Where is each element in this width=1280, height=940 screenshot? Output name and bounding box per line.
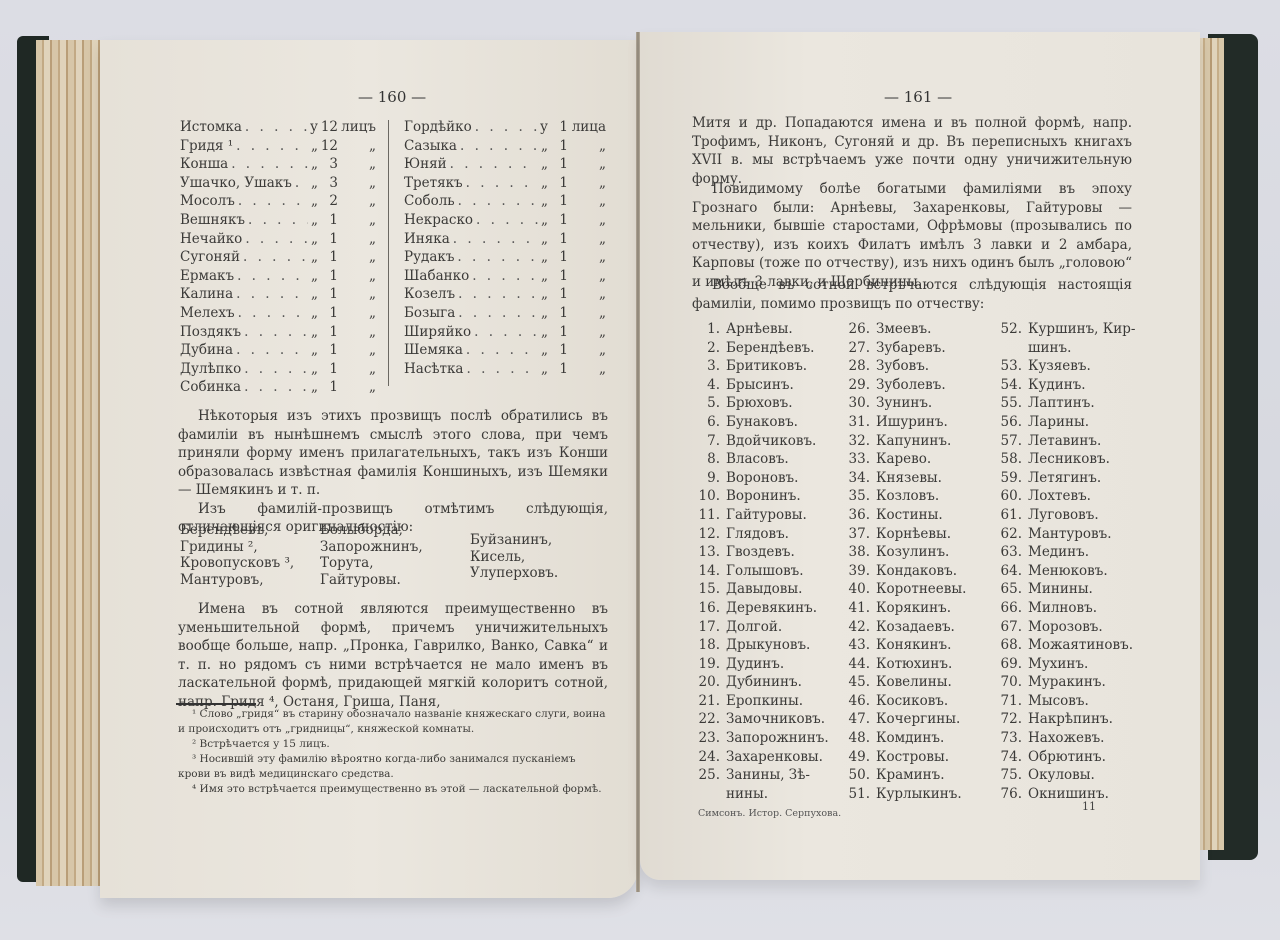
leader-dots: . . . . . . . . . . . . . . . . . . [460, 137, 538, 156]
nickname: Истомка [180, 118, 242, 137]
surname-item: 24.Захаренковы. [694, 748, 844, 767]
surname-index: 42. [844, 618, 870, 637]
person-count: 1 [548, 285, 568, 304]
table-row: Шабанко. . . . . . . . . . . . . . . . .… [404, 267, 606, 286]
surname-item: 12.Глядовъ. [694, 525, 844, 544]
count-prefix: „ [541, 192, 548, 211]
surname-item: 47.Кочергины. [844, 710, 994, 729]
surname-index: 52. [996, 320, 1022, 339]
count-unit: „ [568, 211, 606, 230]
surname-item: 75.Окуловы. [996, 766, 1146, 785]
count-unit: „ [568, 174, 606, 193]
leader-dots: . . . . . . . . . . . . . . . . . . [457, 248, 538, 267]
nickname: Бозыга [404, 304, 455, 323]
surname-text: Кочергины. [876, 710, 960, 729]
nickname: Иняка [404, 230, 450, 249]
person-count: 1 [548, 155, 568, 174]
leader-dots: . . . . . . . . . . . . . . . . . . [466, 174, 538, 193]
surname-index: 64. [996, 562, 1022, 581]
nickname: Насѣтка [404, 360, 463, 379]
surname-index: 3. [694, 357, 720, 376]
original-name: Улуперховъ. [470, 565, 558, 582]
surname-list-col1: 1.Арнѣевы.2.Берендѣевъ.3.Бритиковъ.4.Бры… [694, 320, 844, 803]
surname-index: 56. [996, 413, 1022, 432]
count-unit: „ [338, 248, 376, 267]
surname-text: Краминъ. [876, 766, 945, 785]
surname-text: Деревякинъ. [726, 599, 817, 618]
surname-item: 22.Замочниковъ. [694, 710, 844, 729]
person-count: 1 [548, 211, 568, 230]
original-name: Гайтуровы. [320, 572, 423, 589]
surname-index: 65. [996, 580, 1022, 599]
person-count: 1 [318, 211, 338, 230]
surname-item: 5.Брюховъ. [694, 394, 844, 413]
leader-dots: . . . . . . . . . . . . . . . . . . [245, 230, 308, 249]
paragraph-diminutive-text: Имена въ сотной являются преимущественно… [178, 600, 608, 711]
surname-text: Милновъ. [1028, 599, 1097, 618]
surname-index: 14. [694, 562, 720, 581]
original-name: Торута, [320, 555, 423, 572]
table-row: Соболь. . . . . . . . . . . . . . . . . … [404, 192, 606, 211]
surname-item: 38.Козулинъ. [844, 543, 994, 562]
surname-text: Минины. [1028, 580, 1093, 599]
surname-item: 42.Козадаевъ. [844, 618, 994, 637]
surname-index: 53. [996, 357, 1022, 376]
surname-text: Костровы. [876, 748, 949, 767]
surname-item: 30.Зунинъ. [844, 394, 994, 413]
surname-text: Летягинъ. [1028, 469, 1101, 488]
nickname: Ермакъ [180, 267, 234, 286]
table-row: Калина. . . . . . . . . . . . . . . . . … [180, 285, 376, 304]
surname-index: 5. [694, 394, 720, 413]
table-row: Вешнякъ. . . . . . . . . . . . . . . . .… [180, 211, 376, 230]
table-row: Дубина. . . . . . . . . . . . . . . . . … [180, 341, 376, 360]
surname-item: 51.Курлыкинъ. [844, 785, 994, 804]
table-row: Насѣтка. . . . . . . . . . . . . . . . .… [404, 360, 606, 379]
surname-index: 69. [996, 655, 1022, 674]
surname-index: 17. [694, 618, 720, 637]
table-row: Дулѣпко. . . . . . . . . . . . . . . . .… [180, 360, 376, 379]
leader-dots: . . . . . . . . . . . . . . . . . . [466, 341, 538, 360]
surname-index: 27. [844, 339, 870, 358]
surname-item: нины. [694, 785, 844, 804]
person-count: 1 [318, 341, 338, 360]
surname-text: Занины, Зѣ- [726, 766, 810, 785]
surname-item: 1.Арнѣевы. [694, 320, 844, 339]
original-name: Гридины ², [180, 539, 294, 556]
count-unit: „ [338, 304, 376, 323]
count-unit: „ [568, 192, 606, 211]
count-prefix: „ [311, 192, 318, 211]
surname-item: 4.Брысинъ. [694, 376, 844, 395]
count-unit: „ [338, 155, 376, 174]
count-unit: „ [568, 285, 606, 304]
count-prefix: „ [311, 341, 318, 360]
surname-item: 27.Зубаревъ. [844, 339, 994, 358]
person-count: 1 [548, 137, 568, 156]
surname-index: 40. [844, 580, 870, 599]
leader-dots: . . . . . . . . . . . . . . . . . . [458, 192, 538, 211]
surname-index: 49. [844, 748, 870, 767]
footer-signature: Симсонъ. Истор. Серпухова. [698, 808, 841, 819]
surname-text: Козловъ. [876, 487, 939, 506]
surname-item: 11.Гайтуровы. [694, 506, 844, 525]
surname-text: Дрыкуновъ. [726, 636, 810, 655]
surname-text: Воронинъ. [726, 487, 801, 506]
table-row: Конша. . . . . . . . . . . . . . . . . .… [180, 155, 376, 174]
surname-item: 20.Дубининъ. [694, 673, 844, 692]
surname-text: Дудинъ. [726, 655, 784, 674]
count-prefix: „ [311, 174, 318, 193]
surname-item: 45.Ковелины. [844, 673, 994, 692]
surname-index: 24. [694, 748, 720, 767]
paragraph-surname-origin: Нѣкоторыя изъ этихъ прозвищъ послѣ обрат… [178, 407, 608, 500]
person-count: 3 [318, 174, 338, 193]
person-count: 1 [548, 230, 568, 249]
surname-index: 15. [694, 580, 720, 599]
surname-text: Окнишинъ. [1028, 785, 1109, 804]
surname-text: шинъ. [1028, 339, 1071, 358]
surname-text: Змеевъ. [876, 320, 931, 339]
surname-item: 13.Гвоздевъ. [694, 543, 844, 562]
count-prefix: „ [541, 155, 548, 174]
surname-item: 8.Власовъ. [694, 450, 844, 469]
surname-index: 18. [694, 636, 720, 655]
person-count: 2 [318, 192, 338, 211]
original-names-column: Буйзанинъ,Кисель,Улуперховъ. [470, 532, 558, 582]
person-count: 1 [548, 174, 568, 193]
surname-item: 9.Вороновъ. [694, 469, 844, 488]
surname-text: Косиковъ. [876, 692, 948, 711]
original-name: Кисель, [470, 549, 558, 566]
count-prefix: „ [541, 285, 548, 304]
surname-index: 44. [844, 655, 870, 674]
surname-text: Капунинъ. [876, 432, 951, 451]
surname-item: 25.Занины, Зѣ- [694, 766, 844, 785]
surname-text: Долгой. [726, 618, 782, 637]
surname-item: 19.Дудинъ. [694, 655, 844, 674]
surname-index: 25. [694, 766, 720, 785]
surname-index: 67. [996, 618, 1022, 637]
count-prefix: „ [311, 211, 318, 230]
surname-text: Муракинъ. [1028, 673, 1106, 692]
count-unit: „ [338, 285, 376, 304]
surname-item: 6.Бунаковъ. [694, 413, 844, 432]
surname-text: Зубовъ. [876, 357, 929, 376]
surname-item: 18.Дрыкуновъ. [694, 636, 844, 655]
table-row: Некраско. . . . . . . . . . . . . . . . … [404, 211, 606, 230]
paragraph-diminutive: Имена въ сотной являются преимущественно… [178, 600, 608, 711]
surname-text: Вороновъ. [726, 469, 798, 488]
count-prefix: „ [541, 211, 548, 230]
page-edges-left [36, 40, 108, 886]
surname-item: 2.Берендѣевъ. [694, 339, 844, 358]
leader-dots: . . . . . . . . . . . . . . . . . . [474, 323, 538, 342]
leader-dots: . . . . . . . . . . . . . . . . . . [244, 360, 308, 379]
nickname: Дубина [180, 341, 233, 360]
surname-text: Арнѣевы. [726, 320, 793, 339]
leader-dots: . . . . . . . . . . . . . . . . . . [238, 304, 308, 323]
person-count: 1 [548, 360, 568, 379]
right-paragraphs-mid: Повидимому болѣе богатыми фамиліями въ э… [692, 180, 1132, 291]
original-names-list: Берендѣевъ,Гридины ²,Кровопусковъ ³,Мант… [180, 522, 610, 592]
surname-text: Карево. [876, 450, 931, 469]
footnote-rule [176, 703, 256, 705]
leader-dots: . . . . . . . . . . . . . . . . . . [466, 360, 538, 379]
table-row: Рудакъ. . . . . . . . . . . . . . . . . … [404, 248, 606, 267]
surname-text: Голышовъ. [726, 562, 804, 581]
surname-index: 72. [996, 710, 1022, 729]
surname-item: 72.Накрѣпинъ. [996, 710, 1146, 729]
nickname: Вешнякъ [180, 211, 245, 230]
left-paragraphs: Нѣкоторыя изъ этихъ прозвищъ послѣ обрат… [178, 407, 608, 537]
surname-text: Гвоздевъ. [726, 543, 795, 562]
person-count: 1 [318, 267, 338, 286]
leader-dots: . . . . . . . . . . . . . . . . . . [231, 155, 308, 174]
nickname: Сугоняй [180, 248, 240, 267]
count-unit: „ [338, 378, 376, 397]
surname-index: 63. [996, 543, 1022, 562]
table-row: Иняка. . . . . . . . . . . . . . . . . .… [404, 230, 606, 249]
surname-item: 56.Ларины. [996, 413, 1146, 432]
count-prefix: „ [311, 230, 318, 249]
table-row: Сугоняй. . . . . . . . . . . . . . . . .… [180, 248, 376, 267]
surname-item: 69.Мухинъ. [996, 655, 1146, 674]
surname-text: Лесниковъ. [1028, 450, 1110, 469]
surname-text: Менюковъ. [1028, 562, 1108, 581]
footer-sheet-number: 11 [1082, 800, 1096, 813]
surname-index: 51. [844, 785, 870, 804]
surname-item: 67.Морозовъ. [996, 618, 1146, 637]
nickname: Нечайко [180, 230, 242, 249]
surname-index: 57. [996, 432, 1022, 451]
nickname: Дулѣпко [180, 360, 241, 379]
surname-item: 3.Бритиковъ. [694, 357, 844, 376]
right-paragraphs-top: Митя и др. Попадаются имена и въ полной … [692, 114, 1132, 188]
surname-item: 53.Кузяевъ. [996, 357, 1146, 376]
surname-index: 1. [694, 320, 720, 339]
count-prefix: „ [311, 137, 318, 156]
surname-text: Брюховъ. [726, 394, 793, 413]
nickname: Рудакъ [404, 248, 454, 267]
surname-item: 15.Давыдовы. [694, 580, 844, 599]
original-names-column: Берендѣевъ,Гридины ²,Кровопусковъ ³,Мант… [180, 522, 294, 588]
person-count: 1 [548, 192, 568, 211]
count-unit: „ [338, 230, 376, 249]
surname-item: 21.Еропкины. [694, 692, 844, 711]
surname-text: Дубининъ. [726, 673, 802, 692]
table-row: Поздякъ. . . . . . . . . . . . . . . . .… [180, 323, 376, 342]
surname-item: 63.Мединъ. [996, 543, 1146, 562]
leader-dots: . . . . . . . . . . . . . . . . . . [476, 211, 538, 230]
surname-index [694, 785, 720, 804]
surname-text: Мантуровъ. [1028, 525, 1112, 544]
right-page-number: — 161 — [884, 88, 952, 106]
surname-item: 16.Деревякинъ. [694, 599, 844, 618]
count-unit: „ [338, 211, 376, 230]
surname-index: 70. [996, 673, 1022, 692]
surname-text: Лаптинъ. [1028, 394, 1095, 413]
footnotes: ¹ Слово „гридя“ въ старину обозначало на… [178, 707, 610, 797]
surname-text: Конякинъ. [876, 636, 951, 655]
table-row: Ширяйко. . . . . . . . . . . . . . . . .… [404, 323, 606, 342]
person-count: 1 [548, 118, 568, 137]
surname-index [996, 339, 1022, 358]
count-prefix: „ [541, 323, 548, 342]
original-name: Мантуровъ, [180, 572, 294, 589]
surname-index: 73. [996, 729, 1022, 748]
nickname: Гридя ¹ [180, 137, 233, 156]
surname-index: 31. [844, 413, 870, 432]
surname-index: 2. [694, 339, 720, 358]
surname-index: 45. [844, 673, 870, 692]
surname-index: 20. [694, 673, 720, 692]
surname-text: Котюхинъ. [876, 655, 952, 674]
surname-text: Летавинъ. [1028, 432, 1101, 451]
surname-text: Накрѣпинъ. [1028, 710, 1113, 729]
surname-index: 41. [844, 599, 870, 618]
count-prefix: „ [311, 304, 318, 323]
person-count: 1 [548, 323, 568, 342]
surname-text: Власовъ. [726, 450, 789, 469]
surname-text: Комдинъ. [876, 729, 944, 748]
surname-text: Кудинъ. [1028, 376, 1086, 395]
count-unit: „ [568, 230, 606, 249]
person-count: 1 [548, 267, 568, 286]
surname-text: Брысинъ. [726, 376, 794, 395]
surname-text: нины. [726, 785, 768, 804]
surname-text: Лугововъ. [1028, 506, 1099, 525]
surname-index: 19. [694, 655, 720, 674]
surname-item: 14.Голышовъ. [694, 562, 844, 581]
surname-item: 71.Мысовъ. [996, 692, 1146, 711]
surname-index: 28. [844, 357, 870, 376]
nickname: Сазыка [404, 137, 457, 156]
surname-text: Бунаковъ. [726, 413, 798, 432]
person-count: 1 [318, 323, 338, 342]
person-count: 1 [318, 304, 338, 323]
count-prefix: „ [311, 248, 318, 267]
surname-index: 38. [844, 543, 870, 562]
count-prefix: у [540, 118, 548, 137]
count-unit: „ [338, 267, 376, 286]
surname-item: 32.Капунинъ. [844, 432, 994, 451]
leader-dots: . . . . . . . . . . . . . . . . . . [236, 285, 308, 304]
table-row: Гридя ¹. . . . . . . . . . . . . . . . .… [180, 137, 376, 156]
paragraph-continuation: Митя и др. Попадаются имена и въ полной … [692, 114, 1132, 188]
surname-text: Замочниковъ. [726, 710, 825, 729]
surname-text: Лохтевъ. [1028, 487, 1091, 506]
count-prefix: „ [541, 174, 548, 193]
count-prefix: „ [541, 137, 548, 156]
surname-item: 50.Краминъ. [844, 766, 994, 785]
original-name: Кровопусковъ ³, [180, 555, 294, 572]
original-name: Берендѣевъ, [180, 522, 294, 539]
surname-index: 9. [694, 469, 720, 488]
surname-item: 23.Запорожнинъ. [694, 729, 844, 748]
surname-index: 66. [996, 599, 1022, 618]
original-name: Болыборда, [320, 522, 423, 539]
surname-index: 62. [996, 525, 1022, 544]
nickname: Козелъ [404, 285, 455, 304]
table-row: Мосолъ. . . . . . . . . . . . . . . . . … [180, 192, 376, 211]
surname-text: Глядовъ. [726, 525, 789, 544]
nickname: Третякъ [404, 174, 463, 193]
surname-index: 60. [996, 487, 1022, 506]
surname-index: 11. [694, 506, 720, 525]
count-prefix: „ [541, 248, 548, 267]
surname-index: 12. [694, 525, 720, 544]
leader-dots: . . . . . . . . . . . . . . . . . . [472, 267, 538, 286]
surname-list-col2: 26.Змеевъ.27.Зубаревъ.28.Зубовъ.29.Зубол… [844, 320, 994, 803]
surname-index: 26. [844, 320, 870, 339]
paragraph-rich-families: Повидимому болѣе богатыми фамиліями въ э… [692, 180, 1132, 291]
surname-index: 22. [694, 710, 720, 729]
surname-item: 28.Зубовъ. [844, 357, 994, 376]
count-unit: „ [338, 137, 376, 156]
surname-text: Бритиковъ. [726, 357, 807, 376]
surname-item: 66.Милновъ. [996, 599, 1146, 618]
surname-index: 36. [844, 506, 870, 525]
count-prefix: „ [541, 360, 548, 379]
surname-text: Кузяевъ. [1028, 357, 1091, 376]
nickname: Поздякъ [180, 323, 241, 342]
footnote: ³ Носившій эту фамилію вѣроятно когда-ли… [178, 752, 610, 782]
surname-index: 32. [844, 432, 870, 451]
surname-text: Корнѣевы. [876, 525, 951, 544]
surname-text: Мысовъ. [1028, 692, 1089, 711]
surname-text: Зунинъ. [876, 394, 932, 413]
page-edges-right [1198, 38, 1224, 850]
leader-dots: . . . . . . . . . . . . . . . . . . [458, 304, 538, 323]
count-unit: лица [568, 118, 606, 137]
surname-text: Ковелины. [876, 673, 952, 692]
footnote: ² Встрѣчается у 15 лицъ. [178, 737, 610, 752]
left-page-number: — 160 — [358, 88, 426, 106]
surname-item: 54.Кудинъ. [996, 376, 1146, 395]
nickname: Соболь [404, 192, 455, 211]
table-row: Бозыга. . . . . . . . . . . . . . . . . … [404, 304, 606, 323]
surname-text: Коротнеевы. [876, 580, 966, 599]
surname-item: 59.Летягинъ. [996, 469, 1146, 488]
surname-index: 35. [844, 487, 870, 506]
surname-item: 65.Минины. [996, 580, 1146, 599]
surname-item: 44.Котюхинъ. [844, 655, 994, 674]
surname-item: 64.Менюковъ. [996, 562, 1146, 581]
surname-item: 49.Костровы. [844, 748, 994, 767]
count-prefix: „ [311, 323, 318, 342]
surname-text: Куршинъ, Кир- [1028, 320, 1135, 339]
surname-item: 33.Карево. [844, 450, 994, 469]
footnote: ⁴ Имя это встрѣчается преимущественно въ… [178, 782, 610, 797]
surname-index: 29. [844, 376, 870, 395]
surname-item: шинъ. [996, 339, 1146, 358]
surname-index: 16. [694, 599, 720, 618]
surname-index: 13. [694, 543, 720, 562]
count-unit: „ [338, 174, 376, 193]
surname-list-col3: 52.Куршинъ, Кир-шинъ.53.Кузяевъ.54.Кудин… [996, 320, 1146, 803]
surname-text: Костины. [876, 506, 943, 525]
count-unit: „ [568, 323, 606, 342]
count-prefix: „ [541, 267, 548, 286]
surname-text: Ларины. [1028, 413, 1089, 432]
surname-text: Князевы. [876, 469, 942, 488]
leader-dots: . . . . . . . . . . . . . . . . . . [244, 323, 308, 342]
surname-text: Мухинъ. [1028, 655, 1088, 674]
surname-index: 68. [996, 636, 1022, 655]
count-unit: „ [568, 360, 606, 379]
person-count: 12 [318, 137, 338, 156]
